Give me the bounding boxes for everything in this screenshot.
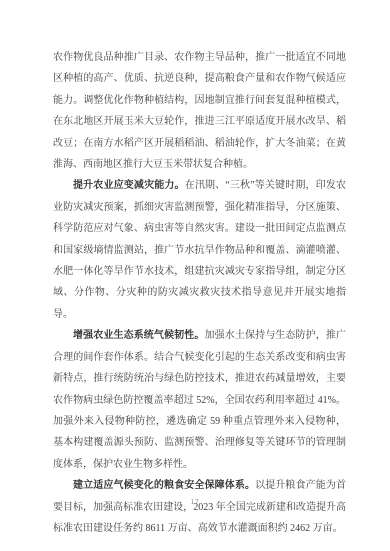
paragraph-ecosystem-resilience: 增强农业生态系统气候韧性。加强水土保持与生态防护，推广合理的间作套作体系。结合气… xyxy=(53,325,346,475)
paragraph-text: 在汛期、“三秋”等关键时期，印发农业防灾减灾预案，抓细灾害监测预警，强化精准指导… xyxy=(53,180,346,319)
paragraph-continuation: 农作物优良品种推广目录、农作物主导品种，推广一批适宜不同地区种植的高产、优质、抗… xyxy=(53,47,346,175)
paragraph-text: 农作物优良品种推广目录、农作物主导品种，推广一批适宜不同地区种植的高产、优质、抗… xyxy=(53,52,346,170)
paragraph-lead: 建立适应气候变化的粮食安全保障体系。 xyxy=(73,480,255,491)
document-page: 农作物优良品种推广目录、农作物主导品种，推广一批适宜不同地区种植的高产、优质、抗… xyxy=(0,0,390,551)
paragraph-lead: 提升农业应变减灾能力。 xyxy=(73,180,185,191)
paragraph-disaster-response: 提升农业应变减灾能力。在汛期、“三秋”等关键时期，印发农业防灾减灾预案，抓细灾害… xyxy=(53,175,346,325)
page-number: 17 xyxy=(0,498,390,506)
paragraph-food-security: 建立适应气候变化的粮食安全保障体系。以提升粮食产能为首要目标，加强高标准农田建设… xyxy=(53,475,346,539)
body-text-block: 农作物优良品种推广目录、农作物主导品种，推广一批适宜不同地区种植的高产、优质、抗… xyxy=(53,47,346,539)
paragraph-lead: 增强农业生态系统气候韧性。 xyxy=(73,330,205,341)
paragraph-text: 加强水土保持与生态防护，推广合理的间作套作体系。结合气候变化引起的生态关系改变和… xyxy=(53,330,346,469)
